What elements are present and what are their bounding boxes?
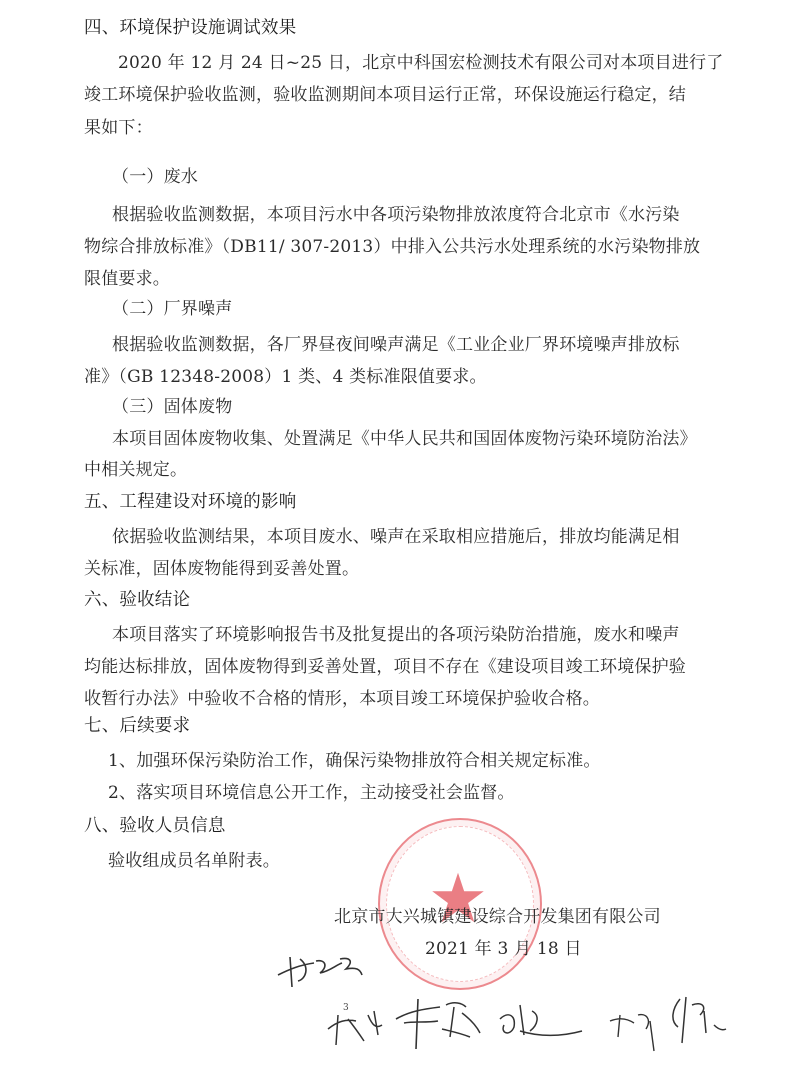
paragraph-line: 均能达标排放，固体废物得到妥善处置，项目不存在《建设项目竣工环境保护验 [84, 652, 686, 677]
section-heading-8: 八、验收人员信息 [84, 812, 226, 837]
requirement-item-1: 1、加强环保污染防治工作，确保污染物排放符合相关规定标准。 [108, 746, 601, 771]
page-number: 3 [343, 1003, 349, 1013]
paragraph-line: 关标准，固体废物能得到妥善处置。 [84, 554, 359, 579]
paragraph-line: 验收组成员名单附表。 [108, 846, 280, 871]
signature-date: 2021 年 3 月 18 日 [425, 934, 582, 959]
paragraph-line: 物综合排放标准》（DB11/ 307-2013）中排入公共污水处理系统的水污染物… [84, 232, 700, 257]
paragraph-line: 竣工环境保护验收监测，验收监测期间本项目运行正常，环保设施运行稳定，结 [84, 80, 686, 105]
paragraph-line: 本项目落实了环境影响报告书及批复提出的各项污染防治措施，废水和噪声 [112, 620, 680, 645]
paragraph-line: 中相关规定。 [84, 455, 187, 480]
section-heading-7: 七、后续要求 [84, 712, 190, 737]
paragraph-line: 根据验收监测数据，本项目污水中各项污染物排放浓度符合北京市《水污染 [112, 200, 680, 225]
paragraph-line: 果如下： [84, 113, 153, 138]
paragraph-line: 根据验收监测数据，各厂界昼夜间噪声满足《工业企业厂界环境噪声排放标 [112, 330, 680, 355]
handwritten-signatures-row [320, 985, 760, 1055]
paragraph-line: 依据验收监测结果，本项目废水、噪声在采取相应措施后，排放均能满足相 [112, 522, 680, 547]
paragraph-line: 准》（GB 12348-2008）1 类、4 类标准限值要求。 [84, 362, 487, 387]
paragraph-line: 2020 年 12 月 24 日~25 日，北京中科国宏检测技术有限公司对本项目… [118, 48, 723, 73]
subheading-noise: （二）厂界噪声 [112, 294, 232, 319]
subheading-solid-waste: （三）固体废物 [112, 392, 232, 417]
subheading-wastewater: （一）废水 [112, 162, 198, 187]
paragraph-line: 本项目固体废物收集、处置满足《中华人民共和国固体废物污染环境防治法》 [112, 424, 697, 449]
paragraph-line: 收暂行办法》中验收不合格的情形，本项目竣工环境保护验收合格。 [84, 684, 600, 709]
section-heading-4: 四、环境保护设施调试效果 [84, 14, 296, 39]
requirement-item-2: 2、落实项目环境信息公开工作，主动接受社会监督。 [108, 778, 515, 803]
section-heading-5: 五、工程建设对环境的影响 [84, 488, 296, 513]
section-heading-6: 六、验收结论 [84, 586, 190, 611]
paragraph-line: 限值要求。 [84, 264, 170, 289]
organization-name: 北京市大兴城镇建设综合开发集团有限公司 [334, 902, 661, 927]
